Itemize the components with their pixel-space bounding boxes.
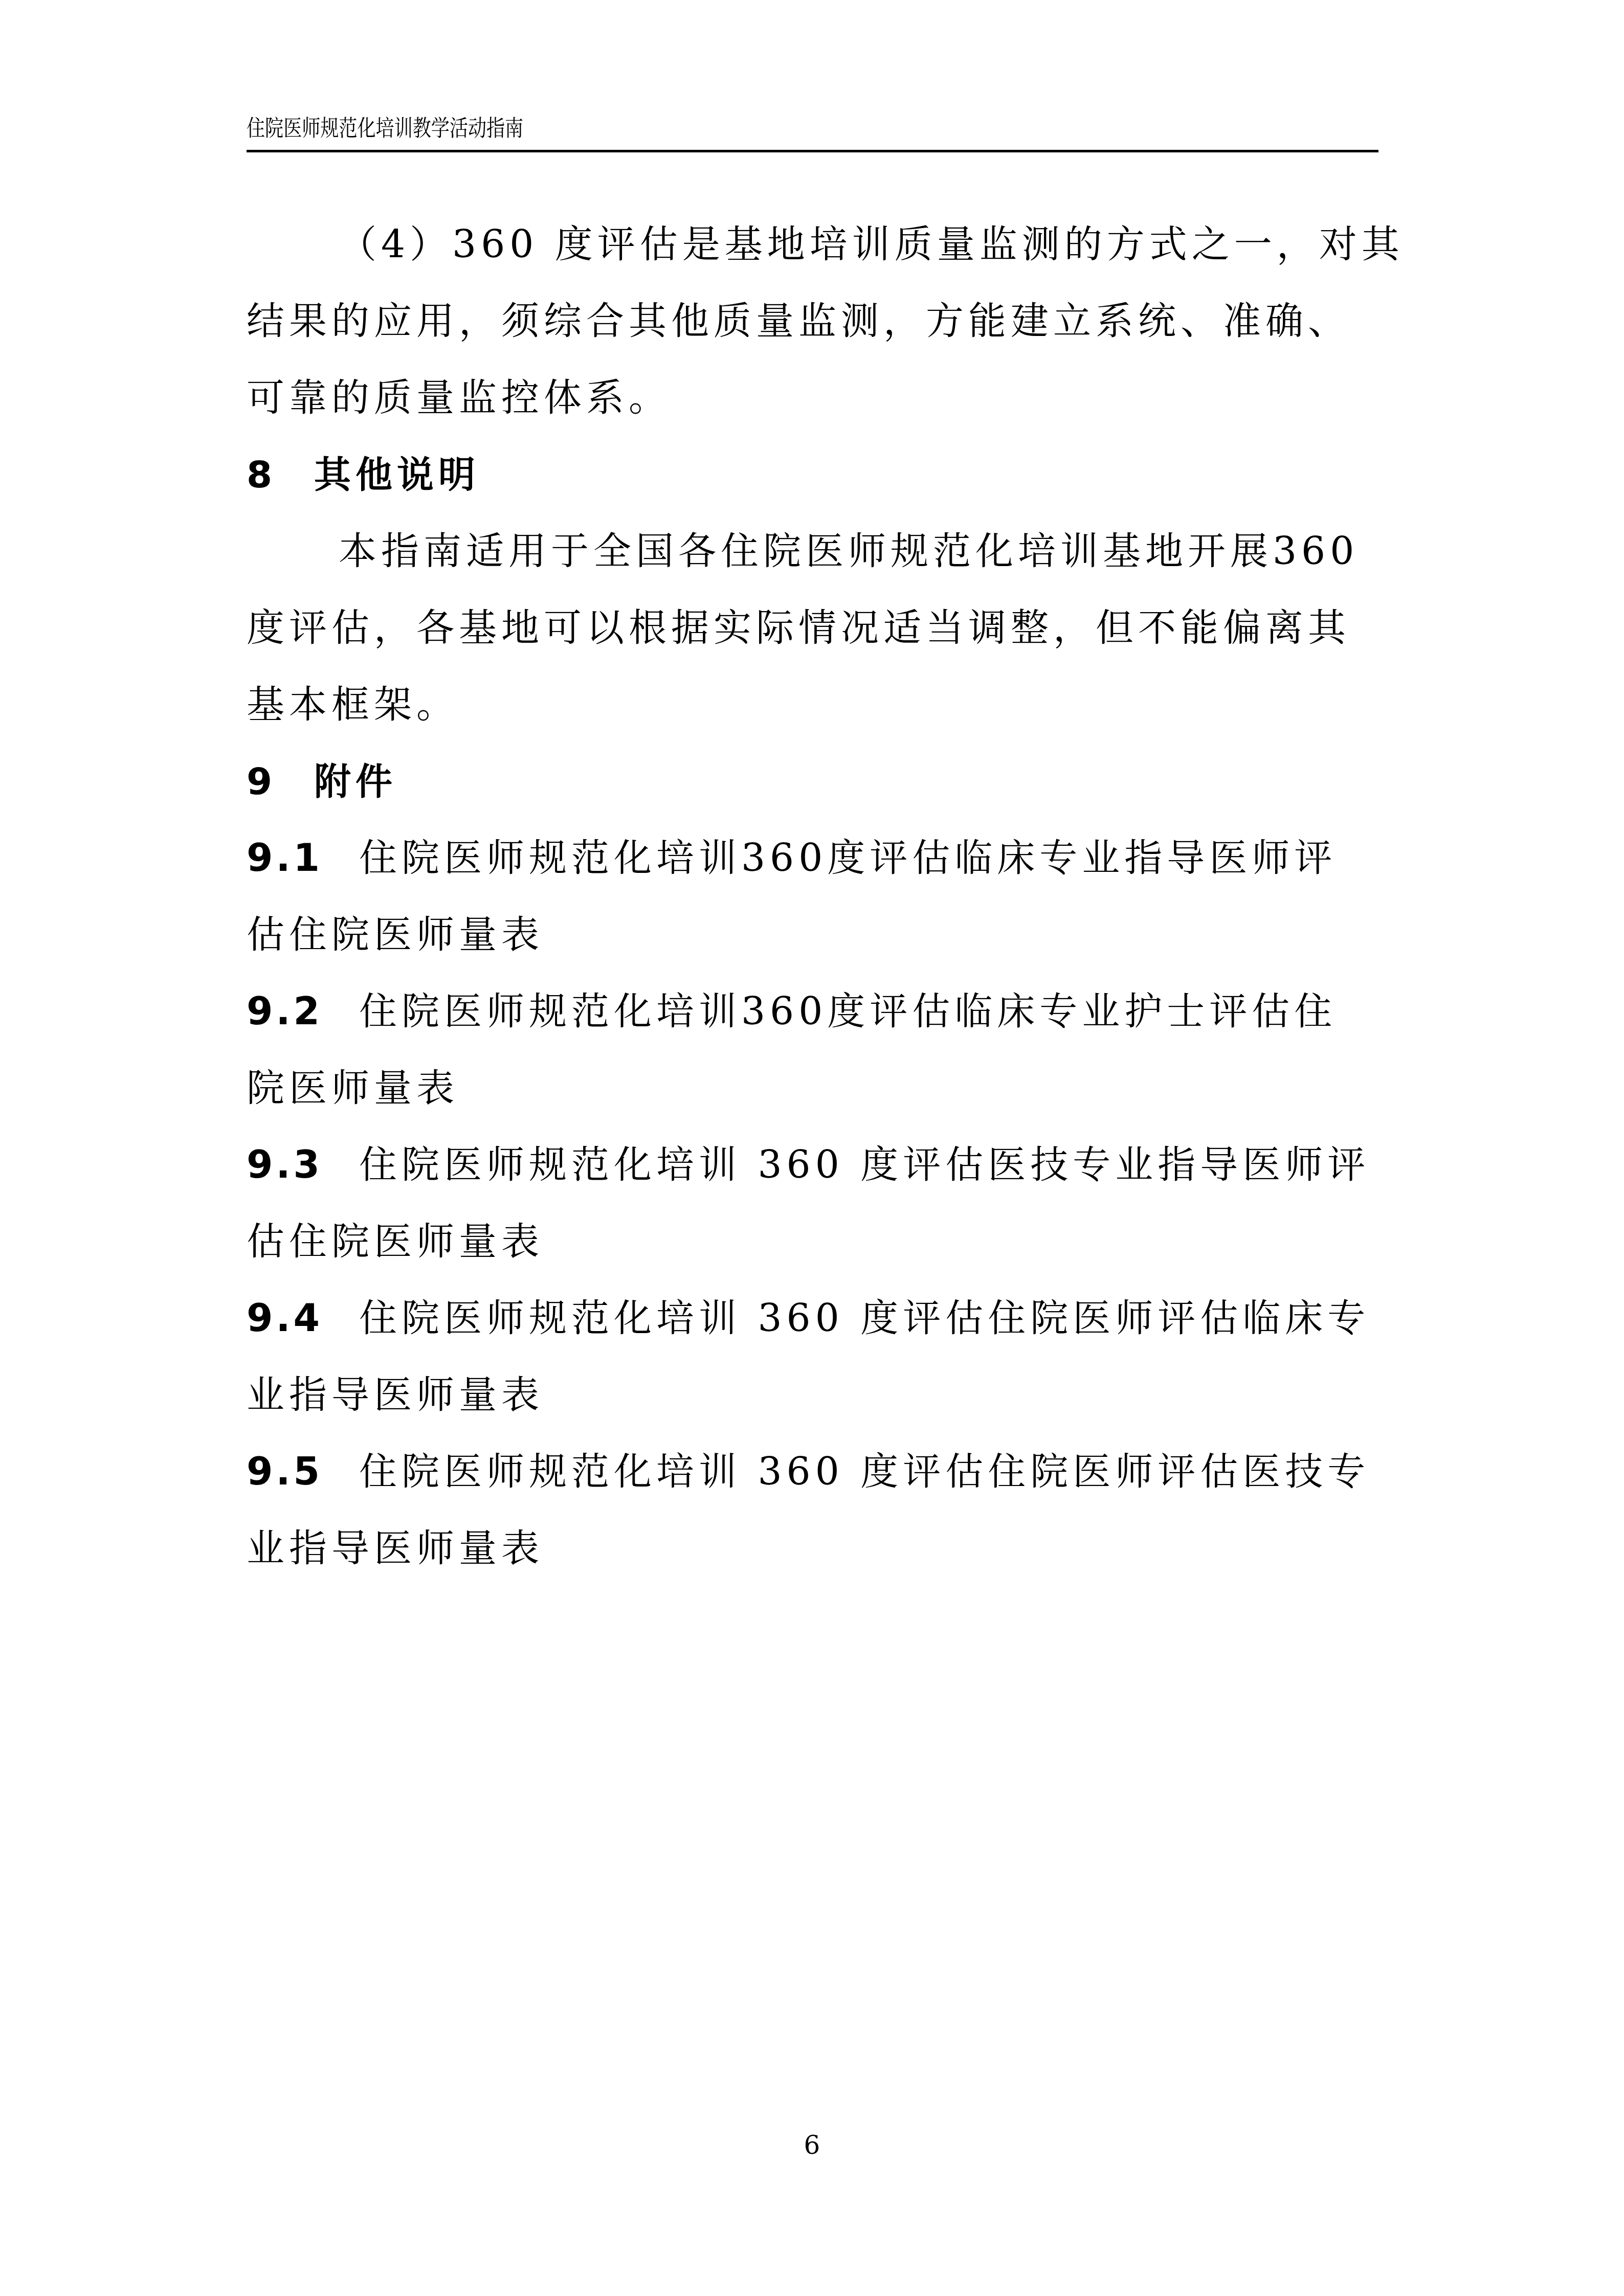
attachment-item-9-4: 9.4住院医师规范化培训 360 度评估住院医师评估临床专 业指导医师量表 bbox=[247, 1280, 1392, 1433]
paragraph-4: （4）360 度评估是基地培训质量监测的方式之一，对其 结果的应用，须综合其他质… bbox=[247, 206, 1392, 436]
paragraph-line: 基本框架。 bbox=[247, 666, 1392, 743]
attachment-number: 9.2 bbox=[247, 973, 359, 1050]
attachment-title-line: 住院医师规范化培训 360 度评估住院医师评估医技专 bbox=[359, 1450, 1370, 1494]
paragraph-line: 结果的应用，须综合其他质量监测，方能建立系统、准确、 bbox=[247, 283, 1392, 359]
attachment-item-9-2: 9.2住院医师规范化培训360度评估临床专业护士评估住 院医师量表 bbox=[247, 973, 1392, 1127]
page-content: （4）360 度评估是基地培训质量监测的方式之一，对其 结果的应用，须综合其他质… bbox=[247, 206, 1392, 1587]
section-number: 9 bbox=[247, 743, 314, 820]
attachment-title-line: 住院医师规范化培训 360 度评估医技专业指导医师评 bbox=[359, 1143, 1370, 1187]
header-rule bbox=[247, 150, 1378, 152]
attachment-title-line: 估住院医师量表 bbox=[247, 896, 1392, 973]
attachment-number: 9.5 bbox=[247, 1433, 359, 1510]
section-heading-8: 8其他说明 bbox=[247, 436, 1392, 513]
paragraph-line: 可靠的质量监控体系。 bbox=[247, 359, 1392, 436]
section-heading-9: 9附件 bbox=[247, 743, 1392, 820]
paragraph-line: 度评估，各基地可以根据实际情况适当调整，但不能偏离其 bbox=[247, 590, 1392, 666]
paragraph-line: 本指南适用于全国各住院医师规范化培训基地开展360 bbox=[247, 513, 1392, 590]
attachment-item-9-5: 9.5住院医师规范化培训 360 度评估住院医师评估医技专 业指导医师量表 bbox=[247, 1433, 1392, 1587]
attachment-title-line: 住院医师规范化培训 360 度评估住院医师评估临床专 bbox=[359, 1296, 1370, 1340]
attachment-title-line: 住院医师规范化培训360度评估临床专业护士评估住 bbox=[359, 989, 1337, 1033]
attachment-number: 9.4 bbox=[247, 1280, 359, 1357]
attachment-item-9-3: 9.3住院医师规范化培训 360 度评估医技专业指导医师评 估住院医师量表 bbox=[247, 1127, 1392, 1280]
attachment-title-line: 业指导医师量表 bbox=[247, 1357, 1392, 1433]
attachment-title-line: 业指导医师量表 bbox=[247, 1510, 1392, 1587]
section-title: 其他说明 bbox=[314, 453, 480, 496]
page-number: 6 bbox=[0, 2127, 1624, 2163]
section-number: 8 bbox=[247, 436, 314, 513]
attachment-title-line: 院医师量表 bbox=[247, 1050, 1392, 1127]
attachment-item-9-1: 9.1住院医师规范化培训360度评估临床专业指导医师评 估住院医师量表 bbox=[247, 820, 1392, 973]
attachment-title-line: 住院医师规范化培训360度评估临床专业指导医师评 bbox=[359, 836, 1337, 880]
paragraph-line: （4）360 度评估是基地培训质量监测的方式之一，对其 bbox=[247, 206, 1392, 283]
attachment-title-line: 估住院医师量表 bbox=[247, 1203, 1392, 1280]
section-8-paragraph: 本指南适用于全国各住院医师规范化培训基地开展360 度评估，各基地可以根据实际情… bbox=[247, 513, 1392, 743]
section-title: 附件 bbox=[314, 760, 397, 803]
running-header: 住院医师规范化培训教学活动指南 bbox=[247, 114, 523, 144]
attachment-number: 9.3 bbox=[247, 1127, 359, 1203]
attachment-number: 9.1 bbox=[247, 820, 359, 896]
